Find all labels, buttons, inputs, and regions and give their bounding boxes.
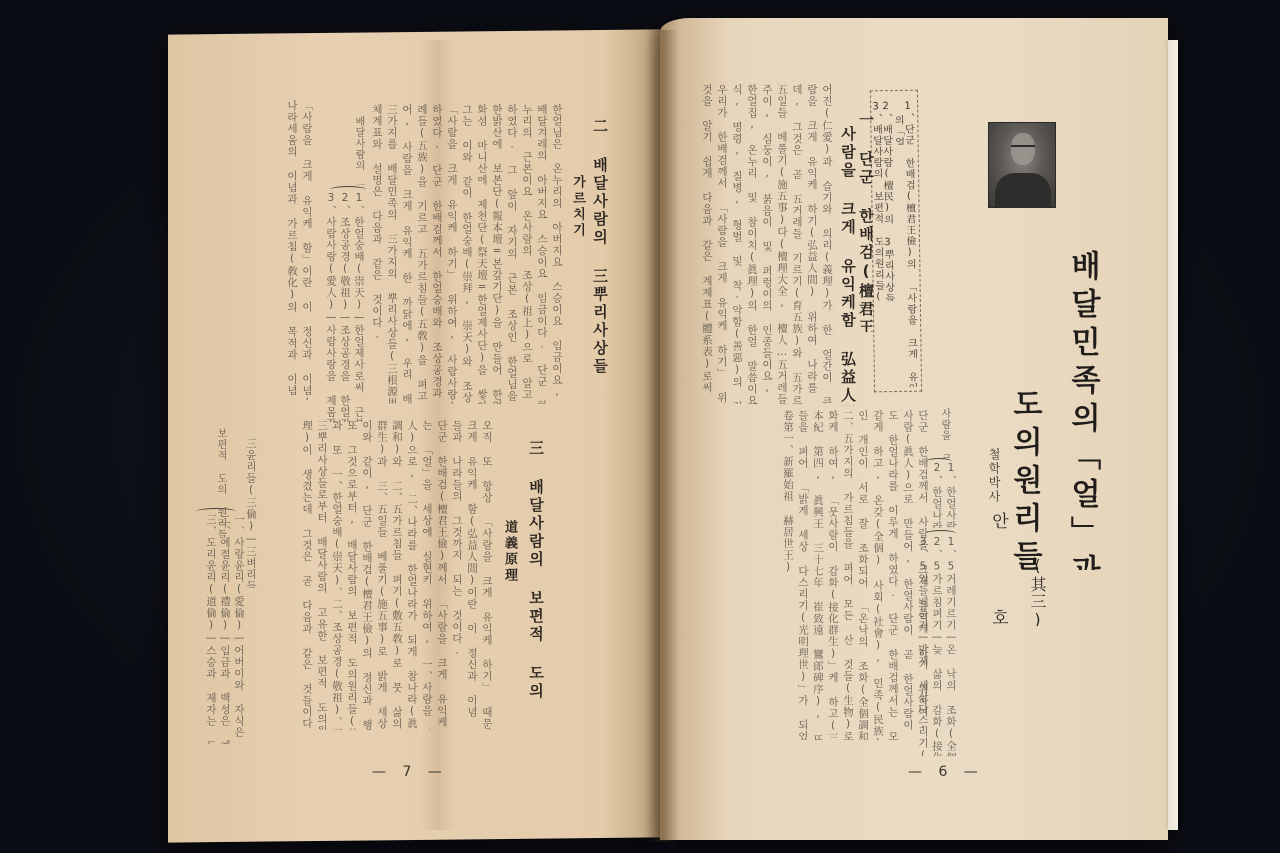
text-column: 2、한얼나라인 xyxy=(930,462,943,528)
text-column: 단군 한배검(檀君王儉)께서 「사람을 크게 유익케 함(弘益人間)」이라 xyxy=(435,420,448,730)
article-title-line1: 배달민족의「얼」과 xyxy=(1060,250,1104,570)
text-column: 들을 펴어 「밝게 세상 다스리기(光明理世)」가 되었던 것이다.(三國遺事 xyxy=(796,410,809,740)
text-column: 理)이 생겼는데 그것은 곧 다음과 같은 것들이다.(會三經、三倫) xyxy=(300,420,313,730)
text-column: 인 개인이 서로 잘 조화되어 「온낙의 조화(全個調和)」를 이루게 xyxy=(856,410,869,740)
text-column: 「사람을 크게 유익케 함」이란 이 정신과 이념(理念)은 단군 한배검의 xyxy=(300,100,313,400)
diagram-root: 사람을 크게 유익케 함 xyxy=(938,408,951,458)
text-column: 1、한얼사람인 xyxy=(944,462,957,528)
text-column: 人)으로, 二、나라를 한얼나라가 되게 참나라(眞國)로 만들어서, 一、五거… xyxy=(405,420,418,730)
text-column: 데, 그것은 곧 五거레들 기르기(育五族)와 五가르침들 펴기(敷五敎)와 xyxy=(790,84,803,404)
section2-subheading: 가르치기 xyxy=(568,175,587,255)
text-column: 나라세움의 이념과 가르침(敎化)의 목적과 이념 곧 「인입 뿐만 아니라 온… xyxy=(285,100,298,400)
text-column: 어, 사람을 크게 유익케 한 까닭에, 우리 배달사람들은 한 옛적부터 二 xyxy=(400,104,413,404)
section1-heading-a: 一 단군 한배검(檀君王儉)의 xyxy=(856,112,877,332)
text-column: 어진(仁愛)과 슬기와 의리(義理)가 한 얼간이 큰 단군 한배검께서 사 xyxy=(820,84,833,404)
text-column: 체계표와 설명은 다음과 같은 것이다. xyxy=(370,104,383,404)
text-column: 람을 크게 유익케 하기(弘益人間) 위하여 나라를 세우고 교화를 폈었는 xyxy=(805,84,818,404)
text-column: 3、사람사랑(愛人)—사람사랑을 제몸같이(愛人如己) xyxy=(324,192,337,422)
text-column: 三가지를 배달민족의 三가지의 뿌리사상들(三根源思想)을 삼았는데, 그 xyxy=(385,104,398,404)
three-roots-label: 배달사람의 三뿌리사상 xyxy=(352,116,365,186)
text-column: 우리가 한배검께서 「사람을 크게 유익케 하기」 위하여, 평생에 하신 xyxy=(715,84,728,404)
text-column: 사람(眞人)으로 만들어, 한얼사람이 곧 한얼사람이 되게 하고, 또 나라 xyxy=(901,410,914,740)
text-column: 一、사랑윤리(愛倫)—어버이와 자식은 사랑의 벼리 xyxy=(232,514,245,744)
section2-heading: 二 배달사람의 三뿌리사상들 三根源思想 xyxy=(590,118,611,398)
text-column: 례들(五族)을 기르고 五가르침들(五敎)을 펴고 또 五일들(五事)을 베풀 xyxy=(415,104,428,404)
page-number-left: — 7 — xyxy=(372,764,448,780)
text-column: 것을 알기 쉽게 다음과 같은 계제표(體系表)로써 밝힐 수 있다. xyxy=(700,84,713,404)
text-column: 그는 이와 같이 한얼숭배(崇拜, 崇天)와 조상공경(敬祖)만이 아니라, 또 xyxy=(460,104,473,404)
text-column: 한밝산에 보본단(報本壇=본갚기단)을 만들어 한얼제사를 올렸고 또 강 xyxy=(490,104,503,404)
text-column: 는 「얼」을 세상에 실현키 위하여, 一、사람을 한얼사람이 되게 참사람(眞 xyxy=(420,420,433,730)
text-column: 크게 유익케 함(弘益人間)이란 이 정신과 이념 곧 「인입 뿐만 아니라 온… xyxy=(465,420,478,730)
text-column: 調和)와 二、五가르침들 펴기(敷五敎)로 뭇 삶의 감화(接化 xyxy=(390,420,403,730)
text-column: 二、예절윤리(禮倫)—임금과 백성은 예절의 벼리 xyxy=(218,514,231,744)
text-column: 오직 또 항상 「사람을 크게 유익케 하기」 때문이다. 그러므로 이 사람을 xyxy=(480,420,493,730)
spine-fold xyxy=(648,30,678,842)
text-column: 「사람을 크게 유익케 하기」 위하여, 사람사랑(愛人)을 한얼님 다음으로 xyxy=(445,104,458,404)
section1-heading-b: 사람을 크게 유익케함 弘益人間 의 얼 xyxy=(838,126,859,406)
page-number-right: — 6 — xyxy=(908,764,984,780)
text-column: 과 또 一、한얼숭배(崇天)、二、조상공경(敬祖)、三、사랑사랑(愛人)의 xyxy=(330,420,343,730)
text-column: 하였다. 단군 한배검께서 한얼숭배와 조상공경과 사람사랑으로써 五거 xyxy=(430,104,443,404)
text-column: 1、5거레기르기—온 낙의 조화(全個調化) xyxy=(944,536,957,756)
text-column: 누리의 근본이요 온사람의 조상(祖上)으로 알고 한얼님을 지극히 숭배 xyxy=(520,104,533,404)
page-edge xyxy=(1168,40,1178,830)
text-column: 화섬 마니산에 제천단(祭天壇=한얼제사단)을 쌓아 한얼제사를 올렸다. xyxy=(475,104,488,404)
text-column: 주이, 심둥이, 붉음이 및 퍼렁이의 인종들이요, 五가르침들은 한울, 한 xyxy=(760,84,773,404)
text-column: 하였다. 그 앞이 자기의 근본 조상인 한얼님을 잊지 못하여(不忘其本) xyxy=(505,104,518,404)
table-of-contents-box: 1、단군 한배검(檀君王儉)의 「사람을 크게 유익케 함」(弘益人間) 의「얼… xyxy=(870,90,922,393)
text-column: 단군 한배검께서 사람을 크게 유익케 하기 위하여, 모든 사람들을 참 xyxy=(916,410,929,740)
text-column: 같게 하고, 온갖(全個) 사회(社會), 민족(民族), 국가(國家), 세계… xyxy=(871,410,884,740)
author-name: 안 호 상 xyxy=(986,512,1011,672)
portrait-suit xyxy=(995,173,1051,207)
text-column: 화케 하여, 「뭇사람이 감화(接化群生)」케 하고(三國史記, 卷第四、新羅 xyxy=(826,410,839,740)
text-column: 들과 나라들의 그것까지 되는 것이다. xyxy=(450,420,463,730)
ethics-head: 三윤리들(三倫)—三벼리들(三綱) xyxy=(244,438,257,588)
text-column: 식, 명령, 질병, 형벌 및 착·악함(善惡)의 정사(政事)다. 會三經 三… xyxy=(730,84,743,404)
portrait-glasses xyxy=(1011,145,1035,151)
section3-subheading: 道義原理 xyxy=(500,520,519,590)
text-column: 이와 같이, 단군 한배검(檀君王儉)의 정신과 행동과 또 뿌리사상들과 xyxy=(360,420,373,730)
text-column: 二、五가지의 가르침들을 펴어 모든 산 것들(生物)로 하여금 접촉 xyxy=(841,410,854,740)
section3-heading: 三 배달사람의 보편적 도의원리들 xyxy=(526,440,547,700)
text-column: 卷第一、新羅始祖 赫居世王) xyxy=(781,410,794,740)
text-column: 한얼집, 온누리 및 참이치(眞理)의 한얼 말씀이요, 또 五일들은 곡 xyxy=(745,84,758,404)
text-column: 1、한얼숭배(崇天)—한얼제사로써 근본갚기(祭天報本) xyxy=(352,192,365,422)
article-part: (其三) xyxy=(1026,556,1049,626)
text-column: 群生)과 三、五일들 베풀기(施五事)로 밝게 세상 다스리기(光明理世)를 하… xyxy=(375,420,388,730)
text-column: 本紀 第四, 眞興王 三十七年 崔致遠 鸞郎碑序), 또 三、五가지의 정사 xyxy=(811,410,824,740)
text-column: 한얼님은 온누리의 아버지요 스승이요 임금이요, 또 단군 한배검은 xyxy=(550,104,563,404)
text-column: 배달겨레의 아버지요 스승이요 임금이다. 단군 한배검께선 한얼님을 온 xyxy=(535,104,548,404)
text-column: 도 한얼나라를 이루게 하였다. 단군 한배검께서는 모든 사람을 함께 다 xyxy=(886,410,899,740)
text-column: 2、5가르침펴기—늦 삶의 감화(接化群生) xyxy=(930,536,943,756)
text-column: 또 그것으로부터, 배달사람의 보편적 도의원리들(普遍的 道義原理) xyxy=(345,420,358,730)
text-column: 2、조상공경(敬祖)—조상공경을 한얼같이(敬祖如天) xyxy=(338,192,351,422)
text-column: 三、도리윤리(道倫)—스승과 제자는 도리의 벼리 xyxy=(204,514,217,744)
author-portrait xyxy=(988,122,1056,208)
author-title: 철학박사 xyxy=(986,448,1003,518)
text-column: 三뿌리사상들로부터 배달사람의 고유한 보편적 도의원리들(普遍的 xyxy=(315,420,328,730)
text-column: 五일들 베풀기(施五事)다(檀理大全, 檀人…五거레들은 누롱이, 천 xyxy=(775,84,788,404)
